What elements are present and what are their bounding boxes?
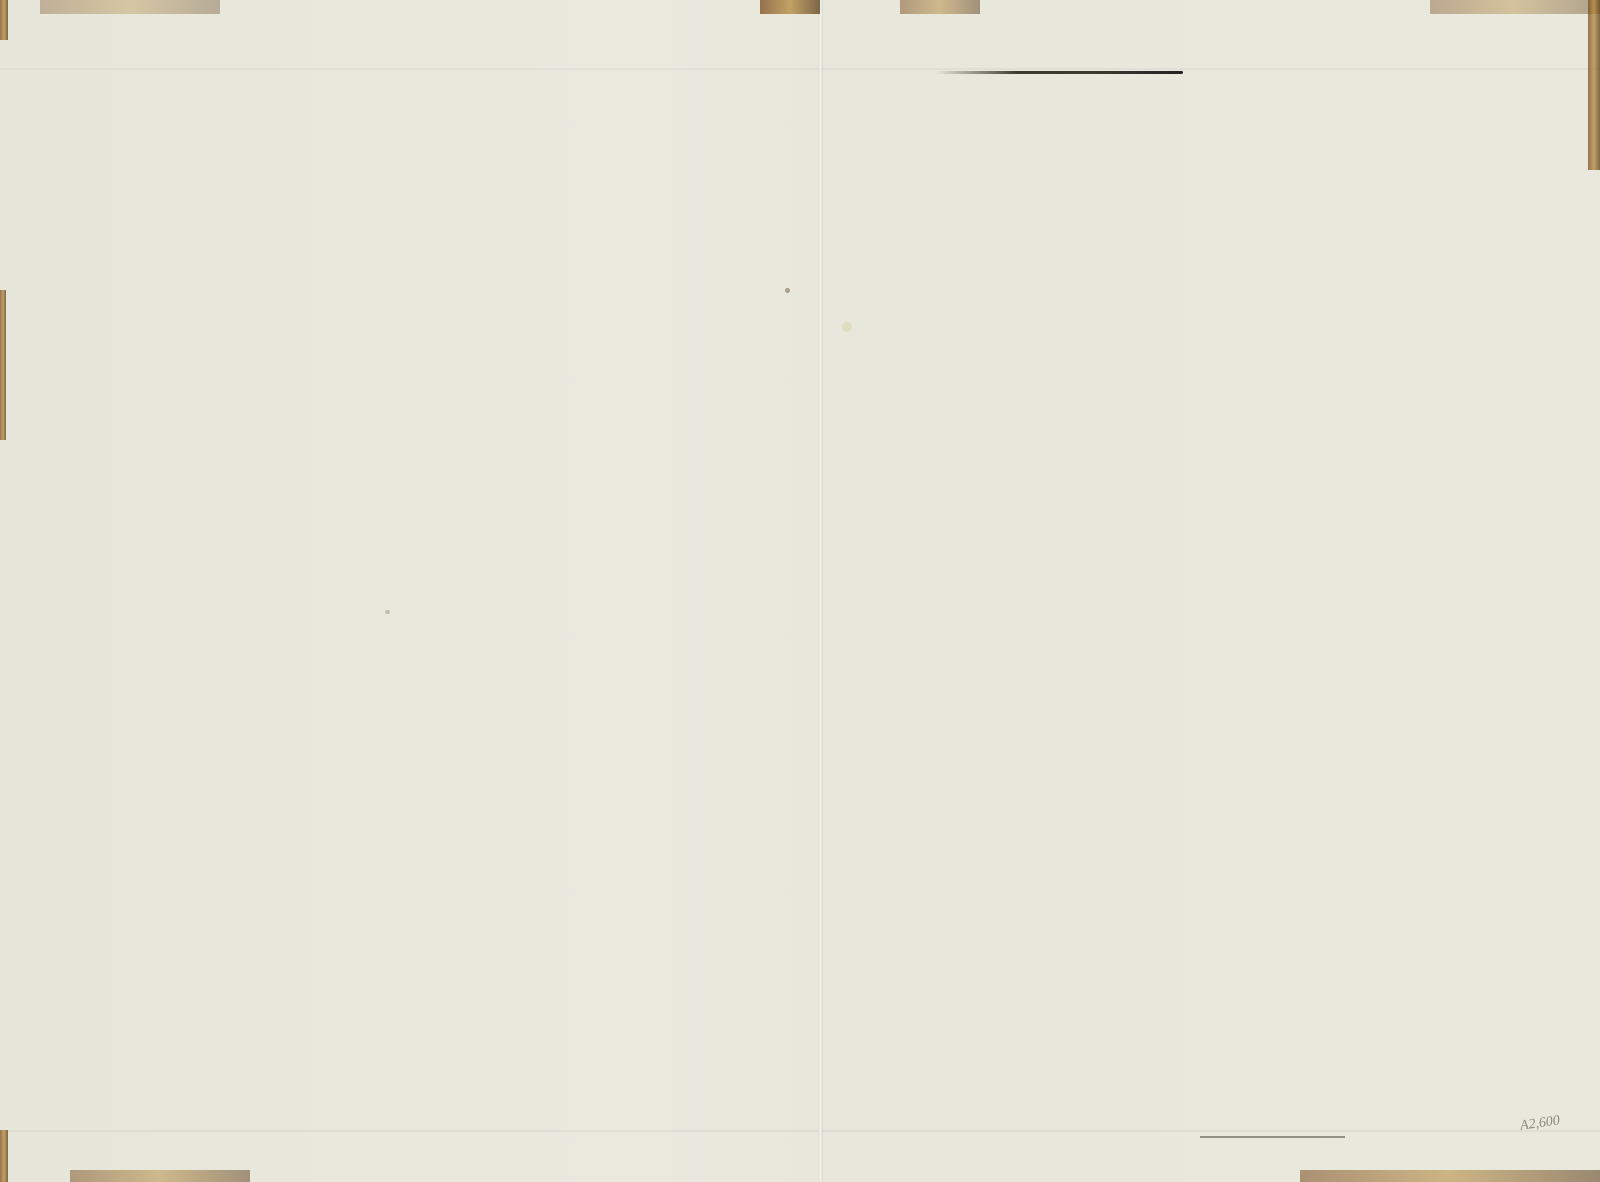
edge-stain [1300, 1170, 1600, 1182]
edge-stain [40, 0, 220, 14]
edge-stain [0, 0, 8, 40]
edge-stain [900, 0, 980, 14]
edge-stain [760, 0, 820, 14]
edge-stain [70, 1170, 250, 1182]
edge-stain [1588, 0, 1600, 170]
center-fold [818, 0, 823, 1182]
ink-line [1200, 1136, 1345, 1138]
edge-stain [0, 290, 6, 440]
horizontal-crease-bottom [0, 1130, 1600, 1132]
foxing-spot [785, 288, 790, 293]
paper-sheet: A2,600 [0, 0, 1600, 1182]
horizontal-crease-top [0, 68, 1600, 70]
foxing-spot [385, 610, 390, 614]
edge-stain [1430, 0, 1600, 14]
foxing-spot [842, 322, 852, 332]
edge-stain [0, 1130, 8, 1182]
ink-line [935, 71, 1183, 74]
